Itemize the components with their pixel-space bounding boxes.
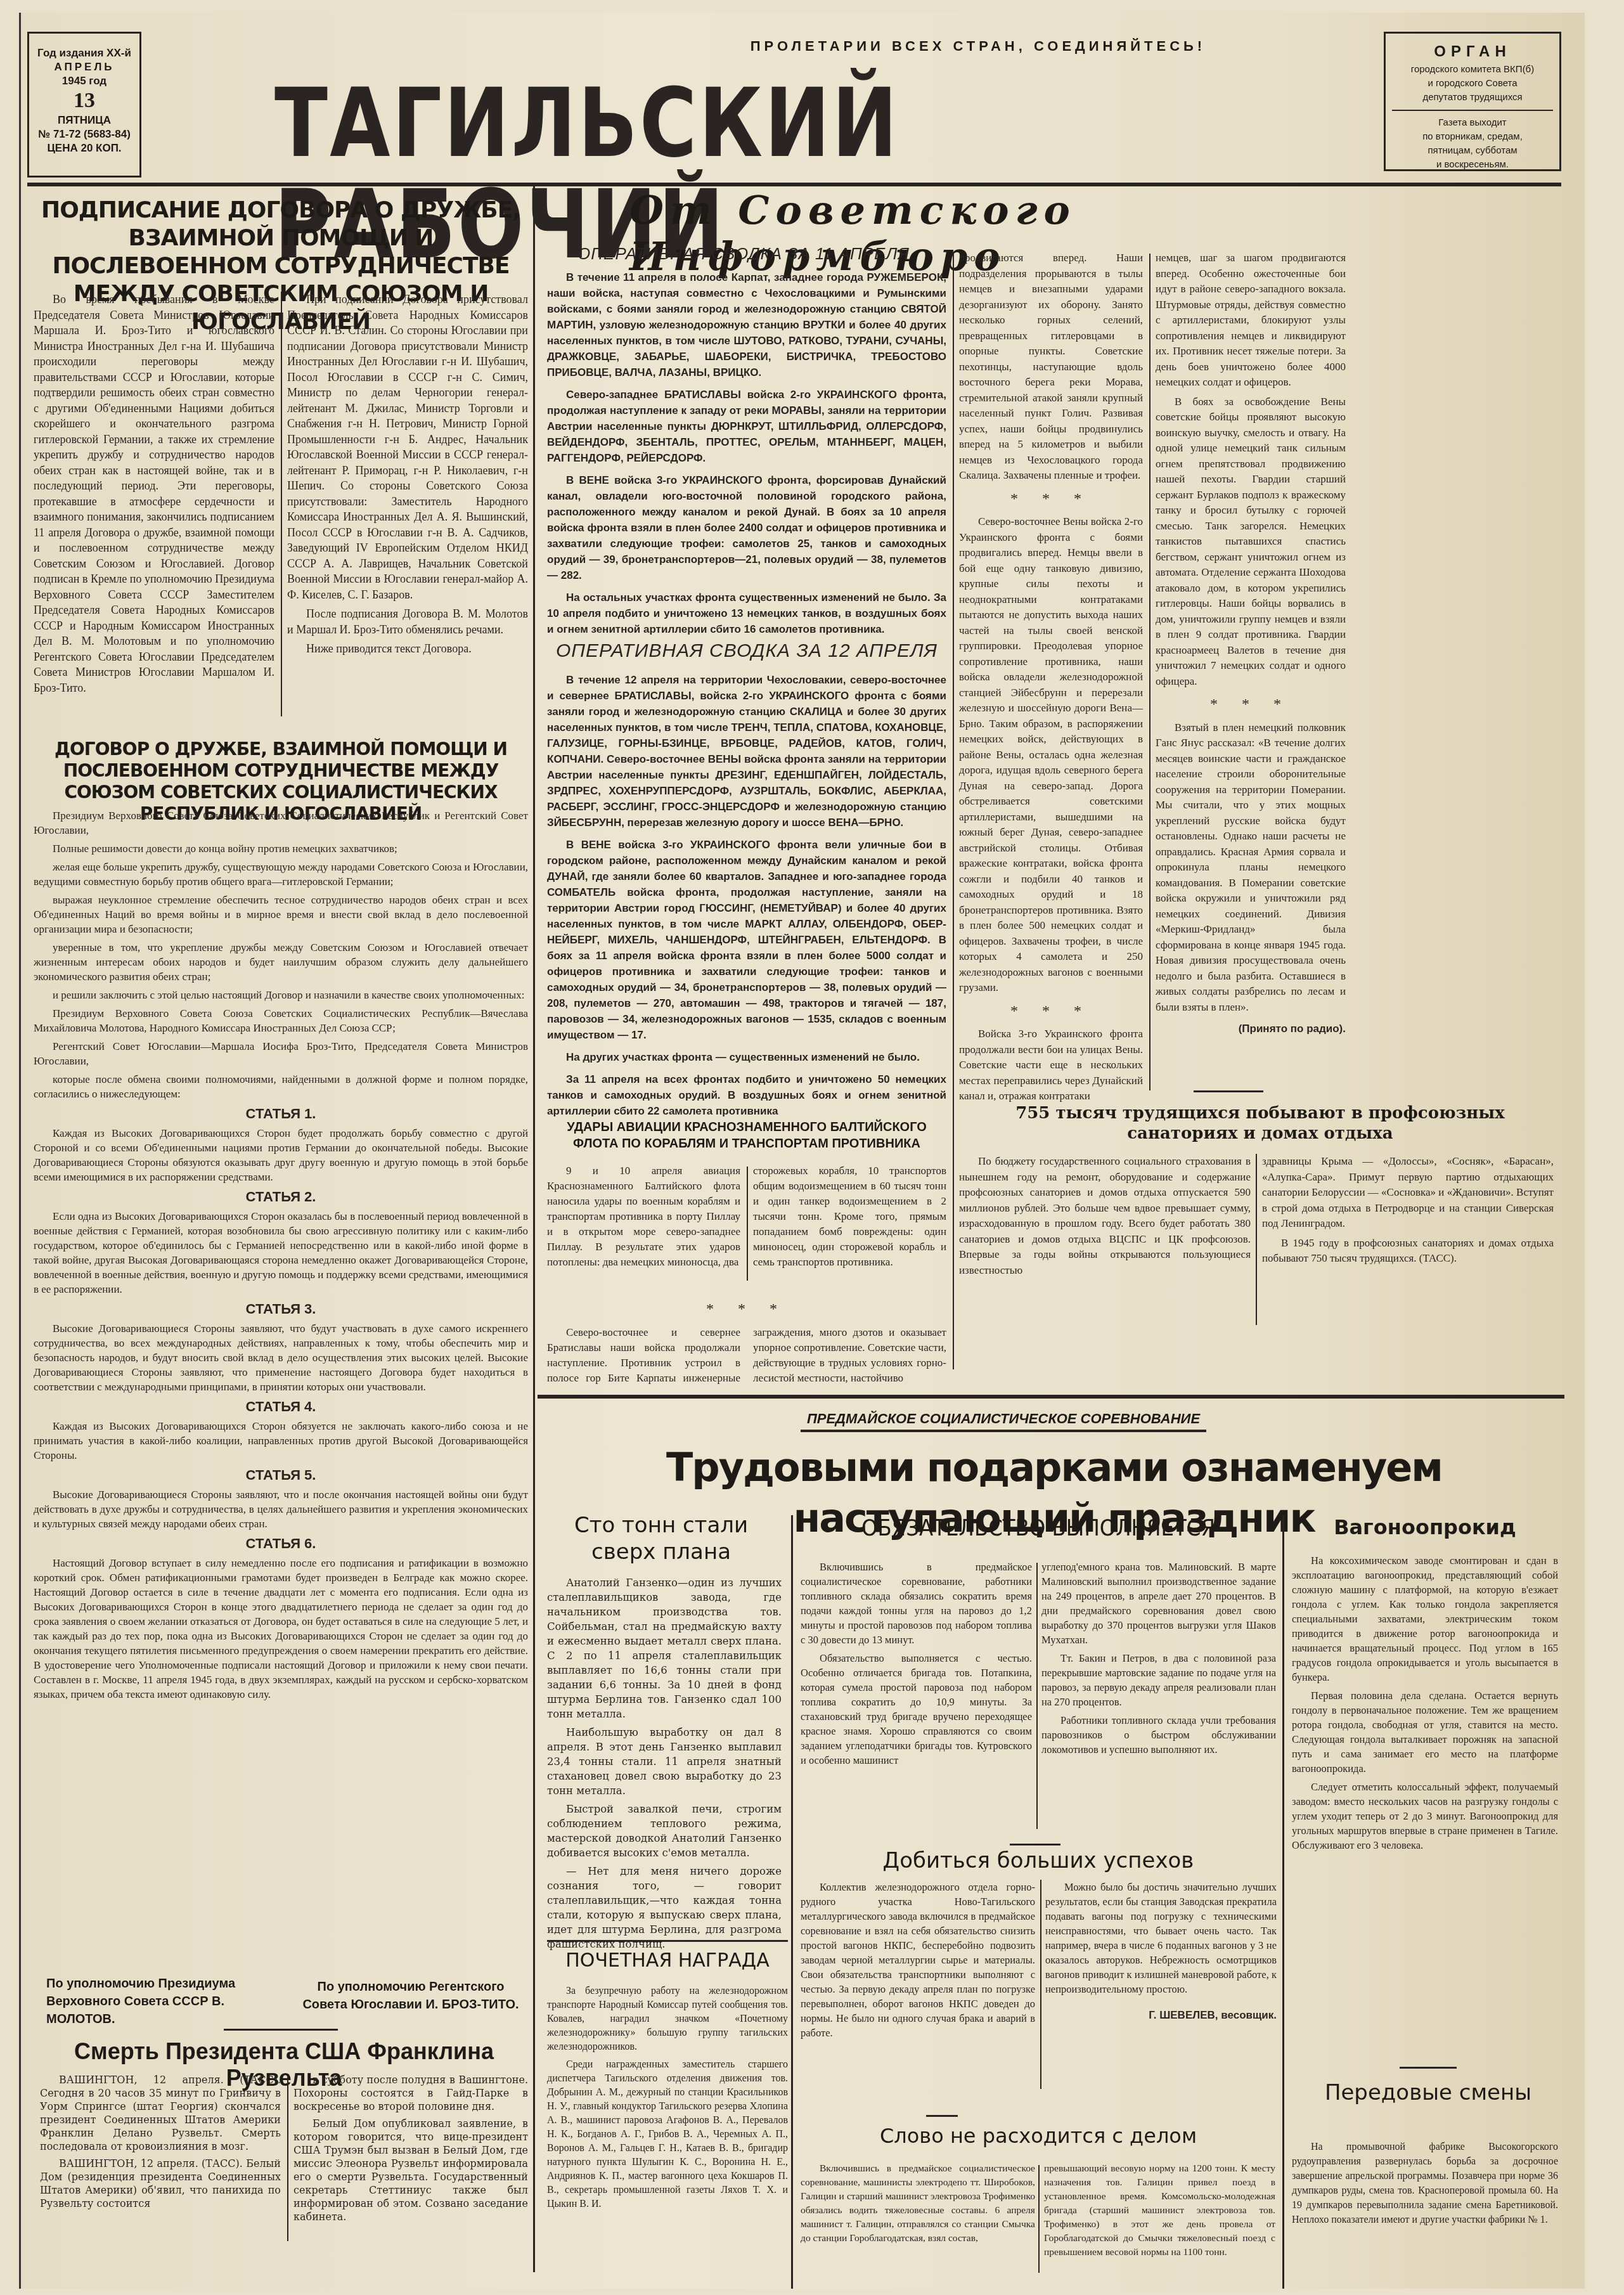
success-col2: Можно было бы достичь значительно лучших… <box>1045 1880 1277 2024</box>
article-title: СТАТЬЯ 3. <box>34 1302 528 1316</box>
section-rule <box>538 1395 1564 1399</box>
column-divider <box>1282 1515 1284 2289</box>
column-divider <box>1040 1880 1041 2089</box>
report-12-body: В течение 12 апреля на территории Чехосл… <box>547 672 946 1125</box>
signature-tito: По уполномочию Регентского Совета Югосла… <box>293 1978 528 2014</box>
paragraph: Войска 3-го Украинского фронта продолжал… <box>959 1026 1143 1104</box>
article-title: СТАТЬЯ 5. <box>34 1468 528 1482</box>
paragraph: Наибольшую выработку он дал 8 апреля. В … <box>547 1725 782 1798</box>
article-title: СТАТЬЯ 1. <box>34 1106 528 1121</box>
paragraph: Северо-восточнее и севернее Братиславы н… <box>547 1325 946 1388</box>
word-deed-col2: превышающий весовую норму на 1200 тонн. … <box>1044 2162 1275 2263</box>
paragraph: Высокие Договаривающиеся Стороны заявляю… <box>34 1321 528 1394</box>
column-divider <box>287 2076 288 2241</box>
column-divider <box>1149 254 1150 1090</box>
organ-line: депутатов трудящихся <box>1386 91 1559 105</box>
roosevelt-col2: в субботу после полудня в Вашингтоне. По… <box>293 2073 528 2227</box>
paragraph: Первая половина дела сделана. Остается в… <box>1292 1688 1558 1776</box>
bratislava-north: Северо-восточнее и севернее Братиславы н… <box>547 1325 946 1388</box>
paragraph: выражая неуклонное стремление обеспечить… <box>34 893 528 936</box>
column-divider <box>1036 1563 1038 1829</box>
steel-body: Анатолий Ганзенко—один из лучших сталепл… <box>547 1575 782 1955</box>
competition-kicker: ПРЕДМАЙСКОЕ СОЦИАЛИСТИЧЕСКОЕ СОРЕВНОВАНИ… <box>801 1411 1206 1432</box>
column-divider <box>1256 1154 1257 1325</box>
paragraph: 9 и 10 апреля авиация Краснознаменного Б… <box>547 1163 740 1270</box>
article-title: СТАТЬЯ 4. <box>34 1399 528 1414</box>
shifts-headline: Передовые смены <box>1314 2079 1542 2106</box>
award-body: За безупречную работу на железнодорожном… <box>547 1984 788 2215</box>
column-divider <box>791 1515 793 2289</box>
paragraph: Северо-западнее БРАТИСЛАВЫ войска 2-го У… <box>547 387 946 466</box>
baltic-col1: 9 и 10 апреля авиация Краснознаменного Б… <box>547 1163 740 1274</box>
paragraph: Коллектив железнодорожного отдела горно-… <box>801 1880 1035 2040</box>
paragraph: желая еще больше укрепить дружбу, сущест… <box>34 860 528 889</box>
paragraph: На остальных участках фронта существенны… <box>547 590 946 637</box>
paragraph: Каждая из Высоких Договаривающихся Сторо… <box>34 1126 528 1184</box>
report-12-title: ОПЕРАТИВНАЯ СВОДКА ЗА 12 АПРЕЛЯ <box>547 640 946 662</box>
paragraph: Обязательство выполняется с честью. Особ… <box>801 1651 1032 1768</box>
paragraph: уверенные в том, что укрепление дружбы м… <box>34 940 528 984</box>
paragraph: — Нет для меня ничего дороже сознания то… <box>547 1864 782 1951</box>
sanatoria-headline: 755 тысяч трудящихся побывают в профсоюз… <box>959 1103 1561 1144</box>
paragraph: На промывочной фабрике Высокогорского ру… <box>1292 2140 1558 2227</box>
organ-line: и городского Совета <box>1386 77 1559 91</box>
paragraph: В боях за освобождение Вены советские бо… <box>1156 394 1346 690</box>
paragraph: В течение 11 апреля в полосе Карпат, зап… <box>547 269 946 380</box>
paragraph: Во время пребывания в Москве Председател… <box>34 292 274 695</box>
tippler-headline: Вагоноопрокид <box>1289 1515 1561 1539</box>
issue-month: АПРЕЛЬ <box>29 60 139 74</box>
ornament-rule <box>1010 1844 1060 1846</box>
paragraph: Белый Дом опубликовал заявление, в котор… <box>293 2117 528 2223</box>
treaty-text-body: Президиум Верховного Совета Союза Советс… <box>34 808 528 1705</box>
paragraph: немцев, шаг за шагом продвигаются вперед… <box>1156 250 1346 391</box>
schedule-line: пятницам, субботам <box>1386 144 1559 158</box>
author-signature: Г. ШЕВЕЛЕВ, весовщик. <box>1045 2007 1277 2024</box>
paragraph: Следует отметить колоссальный эффект, по… <box>1292 1780 1558 1852</box>
paragraph: Быстрой завалкой печи, строгим соблюдени… <box>547 1802 782 1860</box>
slogan: ПРОЛЕТАРИИ ВСЕХ СТРАН, СОЕДИНЯЙТЕСЬ! <box>737 38 1219 55</box>
paragraph: После подписания Договора В. М. Молотов … <box>287 606 528 637</box>
treaty-signing-col2: При подписании Договора присутствовал Пр… <box>287 292 528 661</box>
signature-molotov: По уполномочию Президиума Верховного Сов… <box>46 1975 274 2028</box>
column-divider <box>953 254 954 1369</box>
organ-box: ОРГАН городского комитета ВКП(б) и город… <box>1384 32 1561 171</box>
issue-info-box: Год издания XX-й АПРЕЛЬ 1945 год 13 ПЯТН… <box>27 32 141 178</box>
word-deed-headline: Слово не расходится с делом <box>797 2124 1279 2148</box>
paragraph: По бюджету государственного социального … <box>959 1154 1251 1278</box>
steel-headline: Сто тонн стали сверх плана <box>547 1512 775 1565</box>
sovinformburo-col4: немцев, шаг за шагом продвигаются вперед… <box>1156 250 1346 1037</box>
sanatoria-col2: здравницы Крыма — «Долоссы», «Сосняк», «… <box>1262 1154 1554 1270</box>
divider <box>1392 110 1553 111</box>
success-col1: Коллектив железнодорожного отдела горно-… <box>801 1880 1035 2044</box>
paragraph: В течение 12 апреля на территории Чехосл… <box>547 672 946 831</box>
issue-number: № 71-72 (5683-84) <box>29 127 139 141</box>
shifts-body: На промывочной фабрике Высокогорского ру… <box>1292 2140 1558 2231</box>
organ-line: городского комитета ВКП(б) <box>1386 63 1559 77</box>
ornament-rule <box>926 2115 958 2117</box>
tippler-body: На коксохимическом заводе смонтирован и … <box>1292 1553 1558 1856</box>
issue-year: 1945 год <box>29 74 139 88</box>
paragraph: Если одна из Высоких Договаривающихся Ст… <box>34 1209 528 1296</box>
paragraph: которые после обмена своими полномочиями… <box>34 1072 528 1101</box>
paragraph: Каждая из Высоких Договаривающихся Сторо… <box>34 1419 528 1463</box>
column-divider <box>747 1167 748 1281</box>
stars-separator: * * * <box>959 1004 1143 1019</box>
paragraph: здравницы Крыма — «Долоссы», «Сосняк», «… <box>1262 1154 1554 1232</box>
roosevelt-col1: ВАШИНГТОН, 12 апреля. (ТАСС). Сегодня в … <box>40 2073 281 2214</box>
paragraph: сторожевых корабля, 10 транспортов общим… <box>753 1163 946 1270</box>
masthead-rule <box>27 183 1561 186</box>
paragraph: За безупречную работу на железнодорожном… <box>547 1984 788 2054</box>
sovinformburo-col3: продвигаются вперед. Наши подразделения … <box>959 250 1143 1108</box>
baltic-col2: сторожевых корабля, 10 транспортов общим… <box>753 1163 946 1274</box>
paragraph: На других участках фронта — существенных… <box>547 1049 946 1065</box>
report-11-body: В течение 11 апреля в полосе Карпат, зап… <box>547 269 946 643</box>
organ-label: ОРГАН <box>1386 45 1559 59</box>
paragraph: Включившись в предмайское социалистическ… <box>801 1560 1032 1647</box>
section-rule <box>547 1940 788 1942</box>
paragraph: Северо-восточнее Вены войска 2-го Украин… <box>959 514 1143 996</box>
obligation-col1: Включившись в предмайское социалистическ… <box>801 1560 1032 1771</box>
paragraph: Настоящий Договор вступает в силу немедл… <box>34 1556 528 1702</box>
paragraph: Среди награжденных заместитель старшего … <box>547 2058 788 2211</box>
paragraph: На коксохимическом заводе смонтирован и … <box>1292 1553 1558 1684</box>
report-11-title: ОПЕРАТИВНАЯ СВОДКА ЗА 11 АПРЕЛЯ <box>547 244 940 264</box>
sanatoria-col1: По бюджету государственного социального … <box>959 1154 1251 1282</box>
baltic-headline: УДАРЫ АВИАЦИИ КРАСНОЗНАМЕННОГО БАЛТИЙСКО… <box>547 1119 946 1152</box>
paragraph: превышающий весовую норму на 1200 тонн. … <box>1044 2162 1275 2259</box>
schedule-line: по вторникам, средам, <box>1386 130 1559 144</box>
paragraph: В 1945 году в профсоюзных санаториях и д… <box>1262 1236 1554 1267</box>
column-divider <box>1038 2165 1040 2273</box>
paragraph: Регентский Совет Югославии—Маршала Иосиф… <box>34 1039 528 1068</box>
paragraph: В ВЕНЕ войска 3-го УКРАИНСКОГО фронта ве… <box>547 837 946 1043</box>
ornament-rule <box>224 2029 338 2031</box>
paragraph: Высокие Договаривающиеся Стороны заявляю… <box>34 1487 528 1531</box>
paragraph: ВАШИНГТОН, 12 апреля. (ТАСС). Сегодня в … <box>40 2073 281 2153</box>
paragraph: продвигаются вперед. Наши подразделения … <box>959 250 1143 484</box>
schedule-line: Газета выходит <box>1386 116 1559 130</box>
issue-price: ЦЕНА 20 КОП. <box>29 141 139 155</box>
issue-day: 13 <box>29 88 139 113</box>
radio-credit: (Принято по радио). <box>1156 1021 1346 1037</box>
paragraph: углепод'емного крана тов. Малиновский. В… <box>1041 1560 1276 1647</box>
paragraph: Взятый в плен немецкий полковник Ганс Ян… <box>1156 720 1346 1016</box>
paragraph: При подписании Договора присутствовал Пр… <box>287 292 528 602</box>
paragraph: Работники топливного склада учли требова… <box>1041 1713 1276 1757</box>
paragraph: Ниже приводится текст Договора. <box>287 641 528 657</box>
stars-separator: * * * <box>959 491 1143 507</box>
obligation-headline: ОБЯЗАТЕЛЬСТВО ВЫПОЛНЯЕТСЯ <box>822 1515 1255 1541</box>
ornament-rule <box>1400 2067 1457 2069</box>
stars-separator: * * * <box>547 1301 946 1318</box>
schedule-line: и воскресеньям. <box>1386 158 1559 172</box>
paragraph: В ВЕНЕ войска 3-го УКРАИНСКОГО фронта, ф… <box>547 472 946 583</box>
paragraph: в субботу после полудня в Вашингтоне. По… <box>293 2073 528 2113</box>
stars-separator: * * * <box>1156 697 1346 713</box>
paragraph: Можно было бы достичь значительно лучших… <box>1045 1880 1277 1996</box>
article-title: СТАТЬЯ 6. <box>34 1536 528 1551</box>
issue-weekday: ПЯТНИЦА <box>29 113 139 127</box>
paragraph: Анатолий Ганзенко—один из лучших сталепл… <box>547 1575 782 1721</box>
ornament-rule <box>1194 1090 1263 1092</box>
paragraph: ВАШИНГТОН, 12 апреля. (ТАСС). Белый Дом … <box>40 2157 281 2210</box>
paragraph: Включившись в предмайское социалистическ… <box>801 2162 1035 2246</box>
paragraph: Тт. Бакин и Петров, в два с половиной ра… <box>1041 1651 1276 1709</box>
word-deed-col1: Включившись в предмайское социалистическ… <box>801 2162 1035 2249</box>
paragraph: Президиум Верховного Совета Союза Советс… <box>34 808 528 837</box>
column-divider <box>533 186 535 2272</box>
paragraph: За 11 апреля на всех фронтах подбито и у… <box>547 1071 946 1119</box>
success-headline: Добиться больших успехов <box>797 1848 1279 1873</box>
paragraph: Полные решимости довести до конца войну … <box>34 841 528 856</box>
treaty-signing-col1: Во время пребывания в Москве Председател… <box>34 292 274 699</box>
obligation-col2: углепод'емного крана тов. Малиновский. В… <box>1041 1560 1276 1761</box>
newspaper-page: Год издания XX-й АПРЕЛЬ 1945 год 13 ПЯТН… <box>19 13 1585 2289</box>
column-divider <box>281 292 282 716</box>
issue-year-line: Год издания XX-й <box>29 46 139 60</box>
award-headline: ПОЧЕТНАЯ НАГРАДА <box>547 1949 788 1972</box>
paragraph: Президиум Верховного Совета Союза Советс… <box>34 1006 528 1035</box>
paragraph: и решили заключить с этой целью настоящи… <box>34 988 528 1002</box>
article-title: СТАТЬЯ 2. <box>34 1189 528 1204</box>
